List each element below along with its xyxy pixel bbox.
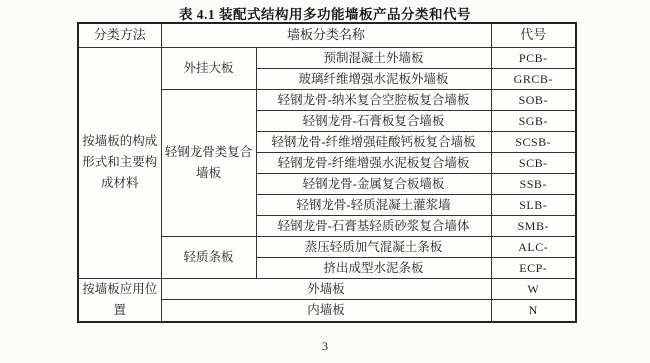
- group-cell-light-steel-keel: 轻钢龙骨类复合墙板: [161, 89, 256, 236]
- panel-name-cell: 轻钢龙骨-轻质混凝土灌浆墙: [256, 194, 491, 215]
- panel-name-cell: 轻钢龙骨-纤维增强水泥板复合墙板: [256, 152, 491, 173]
- panel-name-cell: 轻钢龙骨-金属复合板墙板: [256, 173, 491, 194]
- document-page: 表 4.1 装配式结构用多功能墙板产品分类和代号 分类方法 墙板分类名称 代号 …: [0, 0, 650, 363]
- table-row: 按墙板应用位置 外墙板 W: [78, 278, 576, 299]
- panel-name-cell: 轻钢龙骨-石膏基轻质砂浆复合墙体: [256, 215, 491, 236]
- panel-name-cell: 轻钢龙骨-纤维增强硅酸钙板复合墙板: [256, 131, 491, 152]
- group-cell-application-position: 按墙板应用位置: [78, 278, 161, 322]
- table-title: 表 4.1 装配式结构用多功能墙板产品分类和代号: [0, 3, 650, 23]
- panel-code-cell: N: [491, 299, 576, 321]
- panel-name-cell: 轻钢龙骨-石膏板复合墙板: [256, 110, 491, 131]
- panel-name-cell: 预制混凝土外墙板: [256, 47, 491, 68]
- header-cell-method: 分类方法: [78, 23, 161, 47]
- panel-code-cell: SSB-: [491, 173, 576, 194]
- group-cell-composition: 按墙板的构成形式和主要构成材料: [78, 47, 161, 278]
- table-row: 按墙板的构成形式和主要构成材料 外挂大板 预制混凝土外墙板 PCB-: [78, 47, 576, 68]
- group-cell-external-large-panel: 外挂大板: [161, 47, 256, 89]
- panel-name-cell: 内墙板: [161, 299, 491, 321]
- panel-code-cell: SGB-: [491, 110, 576, 131]
- panel-code-cell: W: [491, 278, 576, 299]
- panel-name-cell: 玻璃纤维增强水泥板外墙板: [256, 68, 491, 89]
- panel-name-cell: 挤出成型水泥条板: [256, 257, 491, 278]
- classification-table: 分类方法 墙板分类名称 代号 按墙板的构成形式和主要构成材料 外挂大板 预制混凝…: [77, 22, 577, 323]
- panel-code-cell: PCB-: [491, 47, 576, 68]
- panel-code-cell: GRCB-: [491, 68, 576, 89]
- header-cell-code: 代号: [491, 23, 576, 47]
- panel-code-cell: SLB-: [491, 194, 576, 215]
- header-cell-name: 墙板分类名称: [161, 23, 491, 47]
- panel-name-cell: 轻钢龙骨-纳米复合空腔板复合墙板: [256, 89, 491, 110]
- panel-code-cell: SCB-: [491, 152, 576, 173]
- table-header-row: 分类方法 墙板分类名称 代号: [78, 23, 576, 47]
- group-cell-lightweight-strip: 轻质条板: [161, 236, 256, 278]
- panel-code-cell: ALC-: [491, 236, 576, 257]
- panel-name-cell: 蒸压轻质加气混凝土条板: [256, 236, 491, 257]
- panel-name-cell: 外墙板: [161, 278, 491, 299]
- page-number: 3: [0, 339, 650, 354]
- panel-code-cell: SOB-: [491, 89, 576, 110]
- panel-code-cell: ECP-: [491, 257, 576, 278]
- panel-code-cell: SCSB-: [491, 131, 576, 152]
- panel-code-cell: SMB-: [491, 215, 576, 236]
